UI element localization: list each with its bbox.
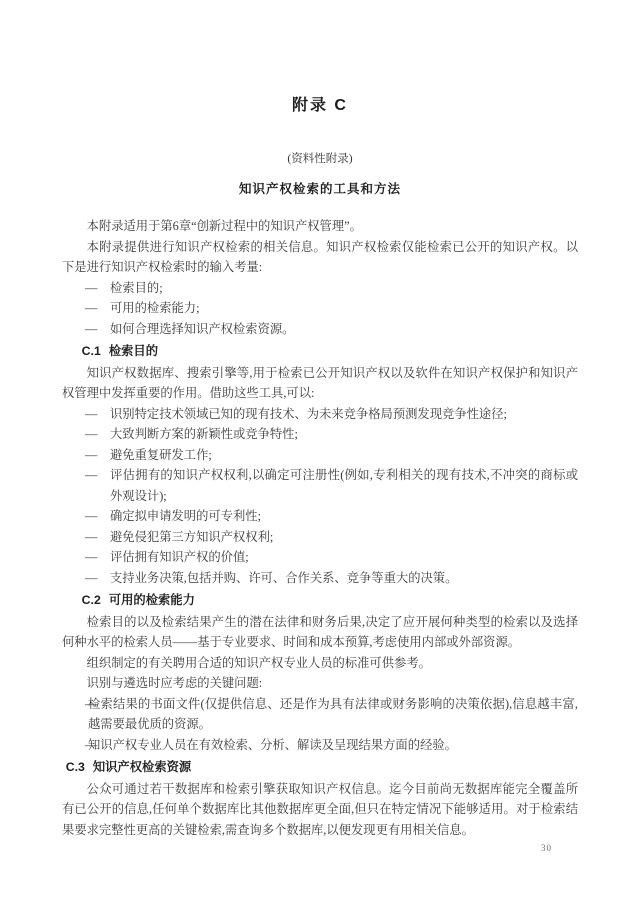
- page-content: 附录 C (资料性附录) 知识产权检索的工具和方法 本附录适用于第6章“创新过程…: [62, 92, 578, 840]
- intro-list-item: — 如何合理选择知识产权检索资源。: [62, 319, 578, 340]
- c1-list-item: — 避免重复研发工作;: [62, 445, 578, 466]
- c1-list-item: — 评估拥有的知识产权权利,以确定可注册性(例如,专利相关的现有技术,不冲突的商…: [62, 465, 578, 506]
- appendix-subject-title: 知识产权检索的工具和方法: [62, 179, 578, 197]
- section-number: C.2: [82, 593, 101, 607]
- document-page: 附录 C (资料性附录) 知识产权检索的工具和方法 本附录适用于第6章“创新过程…: [0, 0, 636, 900]
- dash-marker: —: [85, 465, 97, 486]
- c1-list-item-text: 确定拟申请发明的可专利性;: [110, 509, 261, 523]
- intro-list-item: — 检索目的;: [62, 278, 578, 299]
- c1-paragraph: 知识产权数据库、搜索引擎等,用于检索已公开知识产权以及软件在知识产权保护和知识产…: [62, 363, 578, 404]
- dash-marker: —: [85, 527, 97, 548]
- dash-marker: —: [85, 278, 97, 299]
- dash-marker: —: [85, 547, 97, 568]
- dash-marker: —: [85, 319, 97, 340]
- c1-list-item: — 支持业务决策,包括并购、许可、合作关系、竞争等重大的决策。: [62, 568, 578, 589]
- appendix-type-label: (资料性附录): [62, 150, 578, 166]
- intro-list-item-text: 如何合理选择知识产权检索资源。: [110, 322, 294, 336]
- dash-marker: —: [85, 424, 97, 445]
- section-heading-c1: C.1检索目的: [62, 341, 578, 362]
- c1-list-item-text: 评估拥有知识产权的价值;: [110, 550, 249, 564]
- section-heading-c2: C.2可用的检索能力: [62, 590, 578, 611]
- section-title: 知识产权检索资源: [93, 760, 191, 774]
- section-number: C.3: [66, 760, 85, 774]
- intro-paragraph-2: 本附录提供进行知识产权检索的相关信息。知识产权检索仅能检索已公开的知识产权。以下…: [62, 237, 578, 278]
- section-heading-c3: C.3知识产权检索资源: [62, 757, 578, 778]
- document-body: 本附录适用于第6章“创新过程中的知识产权管理”。 本附录提供进行知识产权检索的相…: [62, 216, 578, 840]
- appendix-title: 附录 C: [62, 92, 578, 115]
- c2-paragraph-3: 识别与遴选时应考虑的关键问题:: [62, 673, 578, 694]
- c1-list-item: — 识别特定技术领域已知的现有技术、为未来竞争格局预测发现竞争性途径;: [62, 404, 578, 425]
- c1-list-item-text: 避免侵犯第三方知识产权权利;: [110, 530, 273, 544]
- c2-paragraph-1: 检索目的以及检索结果产生的潜在法律和财务后果,决定了应开展何种类型的检索以及选择…: [62, 612, 578, 653]
- c1-list-item-text: 大致判断方案的新颖性或竞争特性;: [110, 427, 298, 441]
- intro-list-item-text: 检索目的;: [110, 281, 163, 295]
- c2-paragraph-2: 组织制定的有关聘用合适的知识产权专业人员的标准可供参考。: [62, 653, 578, 674]
- page-number: 30: [541, 843, 552, 853]
- c2-list-item: — 知识产权专业人员在有效检索、分析、解读及呈现结果方面的经验。: [62, 735, 578, 756]
- c1-list-item: — 避免侵犯第三方知识产权权利;: [62, 527, 578, 548]
- section-number: C.1: [82, 344, 101, 358]
- c1-list-item-text: 支持业务决策,包括并购、许可、合作关系、竞争等重大的决策。: [110, 571, 457, 585]
- c1-list-item: — 评估拥有知识产权的价值;: [62, 547, 578, 568]
- dash-marker: —: [85, 735, 97, 756]
- dash-marker: —: [85, 694, 97, 715]
- c1-list-item-text: 识别特定技术领域已知的现有技术、为未来竞争格局预测发现竞争性途径;: [110, 407, 507, 421]
- dash-marker: —: [85, 445, 97, 466]
- c1-list-item-text: 避免重复研发工作;: [110, 448, 212, 462]
- c1-list-item: — 确定拟申请发明的可专利性;: [62, 506, 578, 527]
- c3-paragraph: 公众可通过若干数据库和检索引擎获取知识产权信息。迄今目前尚无数据库能完全覆盖所有…: [62, 779, 578, 841]
- dash-marker: —: [85, 506, 97, 527]
- dash-marker: —: [85, 568, 97, 589]
- intro-paragraph-1: 本附录适用于第6章“创新过程中的知识产权管理”。: [62, 216, 578, 237]
- dash-marker: —: [85, 404, 97, 425]
- section-title: 检索目的: [109, 344, 158, 358]
- intro-list-item-text: 可用的检索能力;: [110, 301, 200, 315]
- c2-list-item-text: 检索结果的书面文件(仅提供信息、还是作为具有法律或财务影响的决策依据),信息越丰…: [88, 697, 578, 732]
- c2-list-item: — 检索结果的书面文件(仅提供信息、还是作为具有法律或财务影响的决策依据),信息…: [62, 694, 578, 735]
- intro-list-item: — 可用的检索能力;: [62, 298, 578, 319]
- c2-list-item-text: 知识产权专业人员在有效检索、分析、解读及呈现结果方面的经验。: [88, 738, 457, 752]
- dash-marker: —: [85, 298, 97, 319]
- c1-list-item-text: 评估拥有的知识产权权利,以确定可注册性(例如,专利相关的现有技术,不冲突的商标或…: [110, 468, 578, 503]
- section-title: 可用的检索能力: [109, 593, 195, 607]
- c1-list-item: — 大致判断方案的新颖性或竞争特性;: [62, 424, 578, 445]
